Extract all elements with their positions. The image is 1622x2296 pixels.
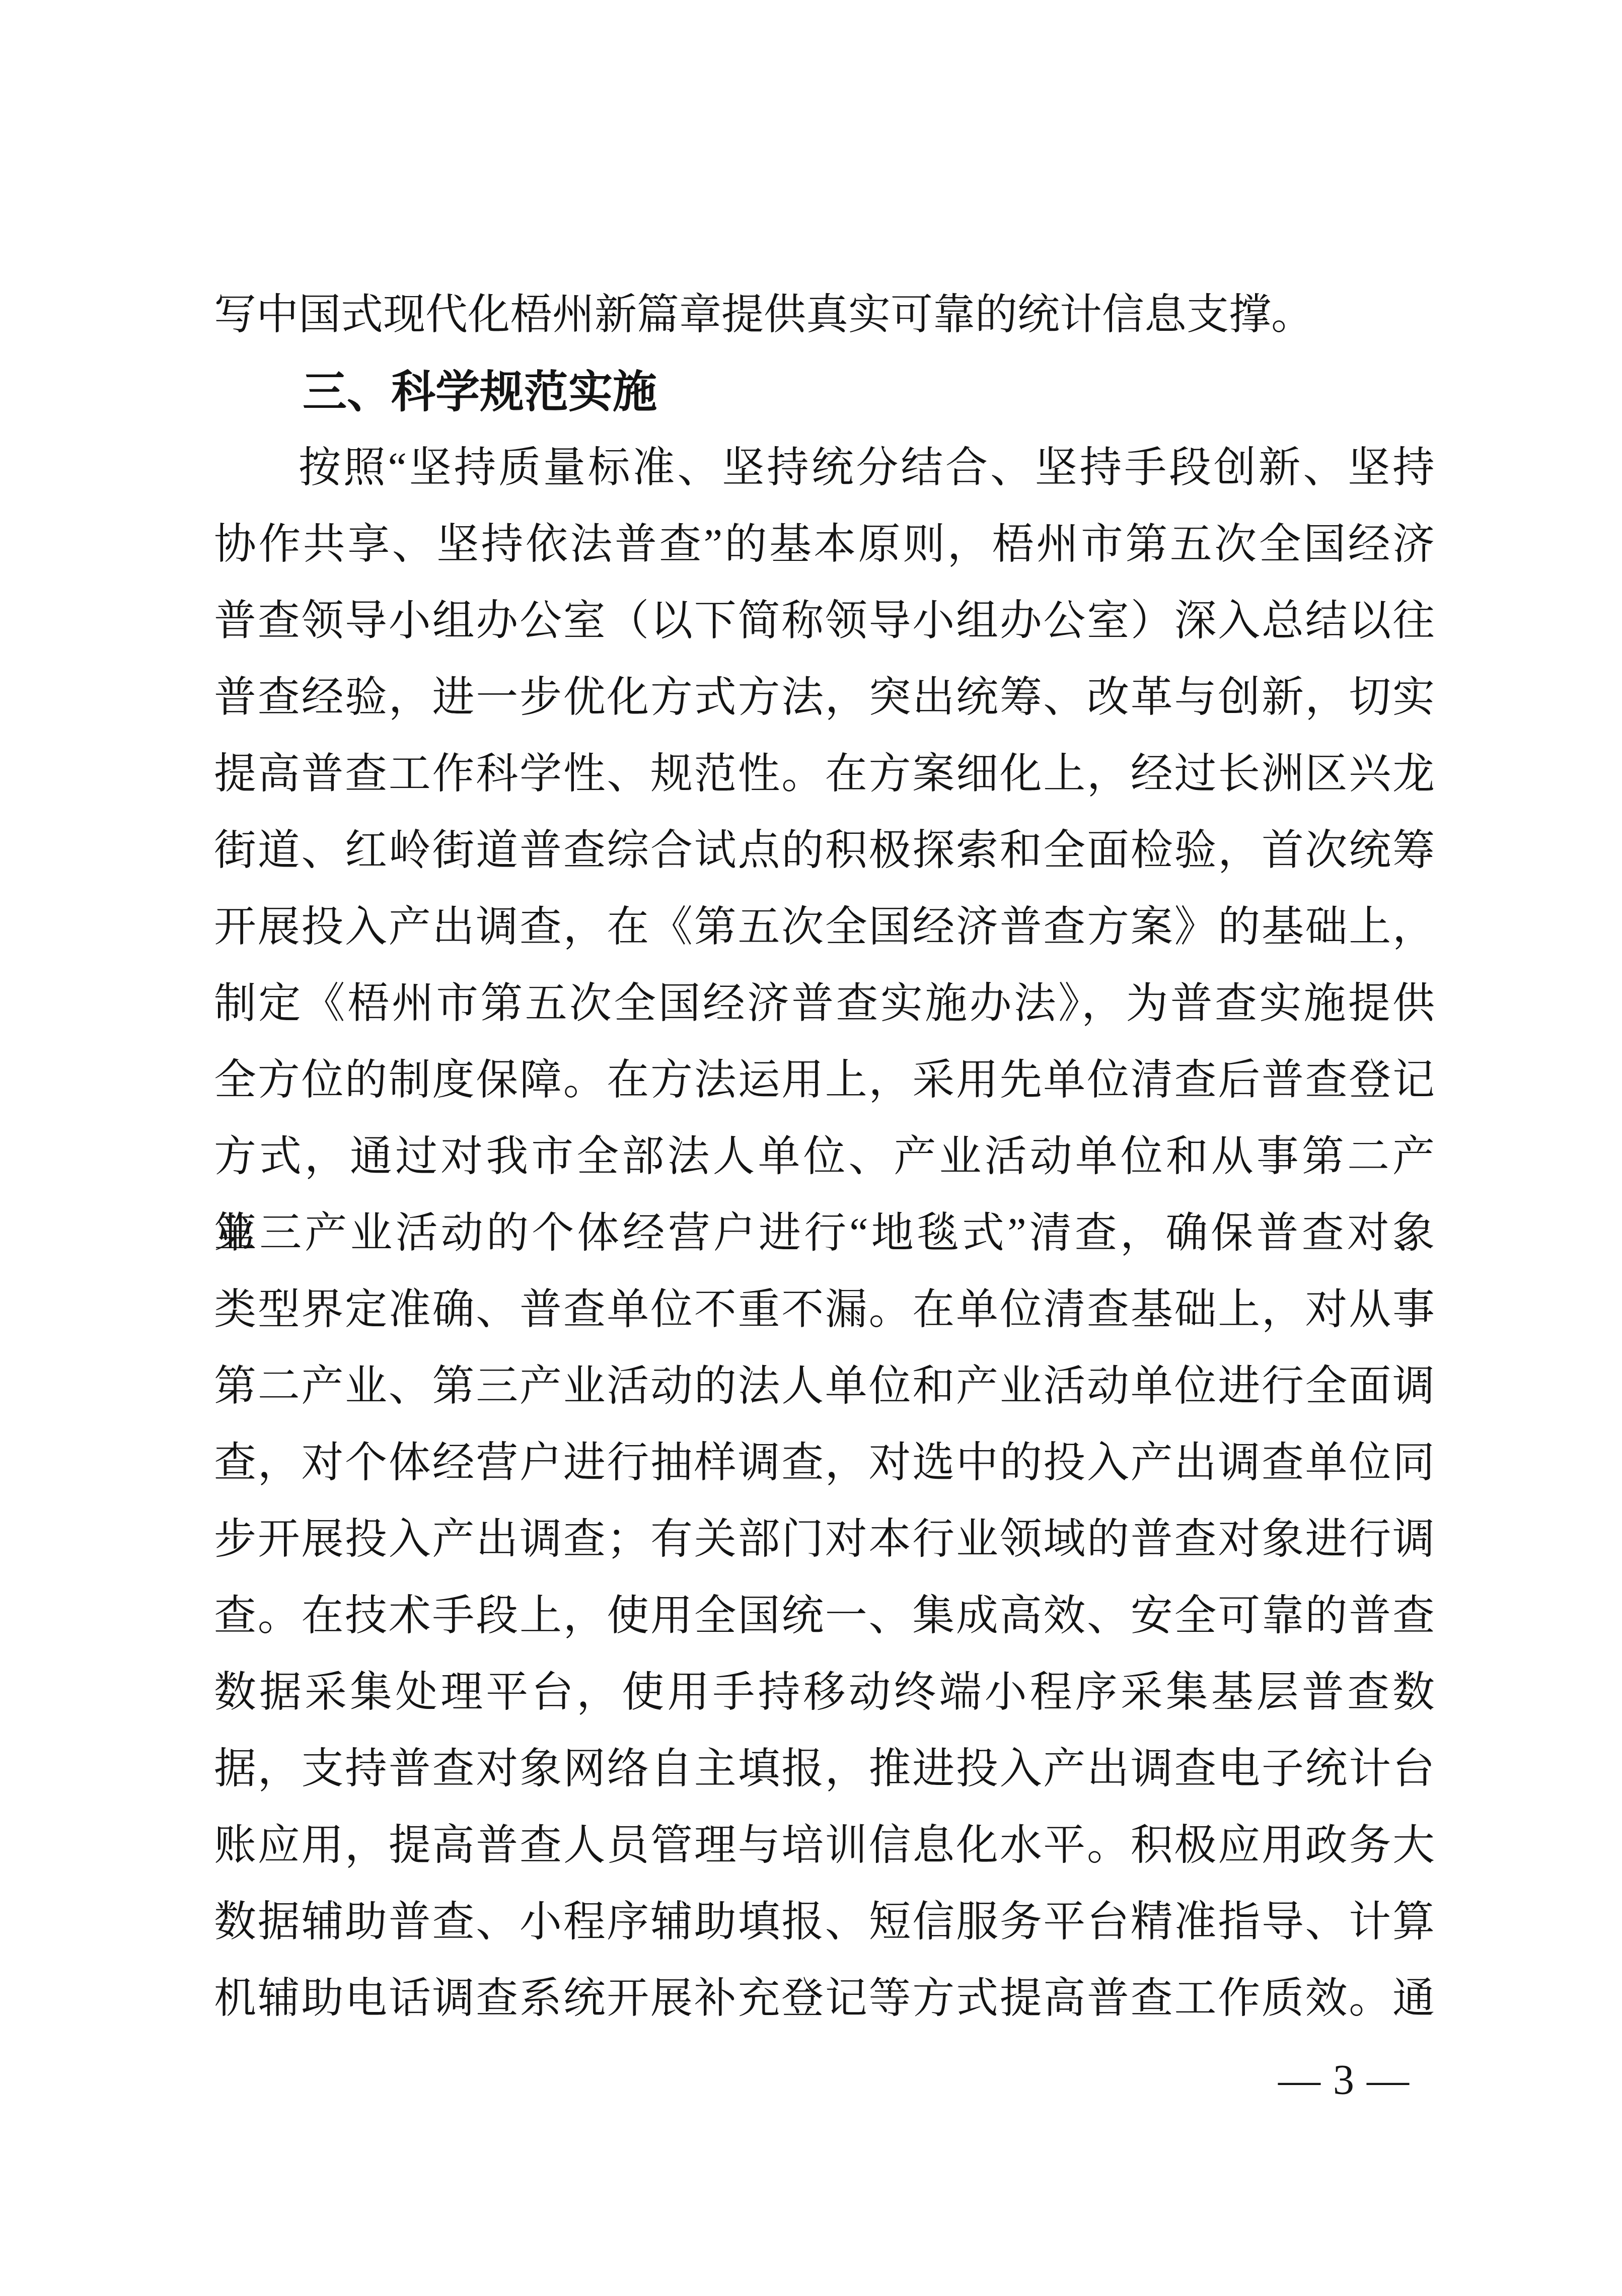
- text-line: 据，支持普查对象网络自主填报，推进投入产出调查电子统计台: [214, 1731, 1435, 1808]
- text-line: 步开展投入产出调查；有关部门对本行业领域的普查对象进行调: [214, 1501, 1435, 1578]
- text-line: 数据辅助普查、小程序辅助填报、短信服务平台精准指导、计算: [214, 1884, 1435, 1961]
- text-line: 写中国式现代化梧州新篇章提供真实可靠的统计信息支撑。: [214, 277, 1435, 353]
- text-line: 方式，通过对我市全部法人单位、产业活动单位和从事第二产业、: [214, 1119, 1435, 1195]
- text-line: 提高普查工作科学性、规范性。在方案细化上，经过长洲区兴龙: [214, 736, 1435, 813]
- text-line: 账应用，提高普查人员管理与培训信息化水平。积极应用政务大: [214, 1808, 1435, 1884]
- text-line: 普查经验，进一步优化方式方法，突出统筹、改革与创新，切实: [214, 660, 1435, 736]
- text-line: 全方位的制度保障。在方法运用上，采用先单位清查后普查登记: [214, 1042, 1435, 1119]
- text-line: 第二产业、第三产业活动的法人单位和产业活动单位进行全面调: [214, 1348, 1435, 1425]
- document-body: 写中国式现代化梧州新篇章提供真实可靠的统计信息支撑。三、科学规范实施按照“坚持质…: [214, 277, 1435, 2037]
- text-line: 制定《梧州市第五次全国经济普查实施办法》，为普查实施提供: [214, 966, 1435, 1042]
- text-line: 协作共享、坚持依法普查”的基本原则，梧州市第五次全国经济: [214, 507, 1435, 583]
- text-line: 查。在技术手段上，使用全国统一、集成高效、安全可靠的普查: [214, 1578, 1435, 1655]
- text-line: 第三产业活动的个体经营户进行“地毯式”清查，确保普查对象: [214, 1195, 1435, 1272]
- page-number: — 3 —: [1278, 2059, 1410, 2102]
- text-line: 查，对个体经营户进行抽样调查，对选中的投入产出调查单位同: [214, 1425, 1435, 1501]
- text-line: 街道、红岭街道普查综合试点的积极探索和全面检验，首次统筹: [214, 813, 1435, 889]
- text-line: 数据采集处理平台，使用手持移动终端小程序采集基层普查数: [214, 1655, 1435, 1731]
- document-page: 写中国式现代化梧州新篇章提供真实可靠的统计信息支撑。三、科学规范实施按照“坚持质…: [0, 0, 1622, 2296]
- text-line: 按照“坚持质量标准、坚持统分结合、坚持手段创新、坚持: [214, 430, 1435, 507]
- text-line: 开展投入产出调查，在《第五次全国经济普查方案》的基础上，: [214, 889, 1435, 966]
- text-line: 类型界定准确、普查单位不重不漏。在单位清查基础上，对从事: [214, 1272, 1435, 1348]
- section-heading: 三、科学规范实施: [214, 353, 1435, 430]
- text-line: 普查领导小组办公室（以下简称领导小组办公室）深入总结以往: [214, 583, 1435, 660]
- text-line: 机辅助电话调查系统开展补充登记等方式提高普查工作质效。通: [214, 1961, 1435, 2037]
